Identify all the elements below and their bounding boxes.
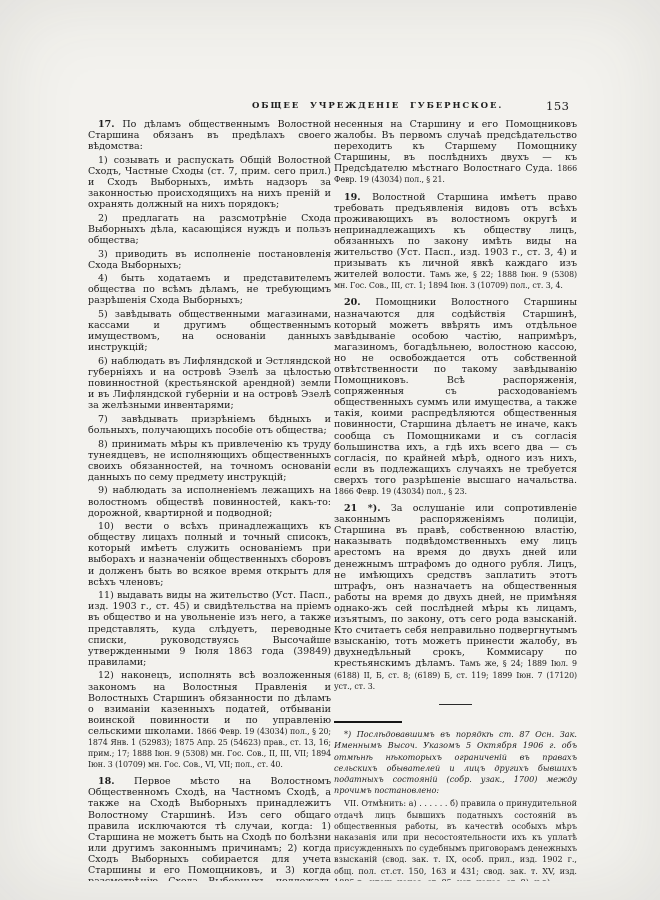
article-19: 19. Волостной Старшина имѣетъ право треб… — [334, 192, 577, 292]
article-17-intro: По дѣламъ общественнымъ Волостной Старши… — [88, 119, 331, 152]
article-19-text: Волостной Старшина имѣетъ право требоват… — [334, 192, 577, 281]
article-21-text: За ослушаніе или сопротивленіе законнымъ… — [334, 503, 577, 669]
article-20-text: Помощники Волостного Старшины назначаютс… — [334, 297, 577, 486]
footnote-paragraph-2: VII. Отмѣнить: а) . . . . . . б) правила… — [334, 798, 577, 881]
article-21: 21 *). За ослушаніе или сопротивленіе за… — [334, 503, 577, 692]
article-number: 18. — [98, 776, 115, 787]
article-number: 17. — [98, 119, 115, 130]
article-17-item-7: 7) завѣдывать призрѣніемъ бѣдныхъ и боль… — [88, 414, 331, 436]
article-number: 19. — [344, 192, 361, 203]
article-17-item-1: 1) созывать и распускать Общій Волостной… — [88, 155, 331, 210]
article-17-item-10: 10) вести о всѣхъ принадлежащихъ къ обще… — [88, 521, 331, 588]
running-header: ОБЩЕЕ УЧРЕЖДЕНІЕ ГУБЕРНСКОЕ. 153 — [0, 99, 660, 115]
section-end-rule — [439, 704, 472, 706]
article-17-item-12: 12) наконецъ, исполнять всѣ возложенныя … — [88, 670, 331, 770]
page-number: 153 — [546, 99, 569, 113]
article-number: 20. — [344, 297, 361, 308]
article-17-item-11: 11) выдавать виды на жительство (Уст. Па… — [88, 590, 331, 668]
article-17-item-5: 5) завѣдывать общественными магазинами, … — [88, 309, 331, 353]
article-17-item-4: 4) быть ходатаемъ и представителемъ обще… — [88, 273, 331, 306]
article-18-continuation: несенныя на Старшину и его Помощниковъ ж… — [334, 119, 577, 186]
article-17-item-9: 9) наблюдать за исполненіемъ лежащихъ на… — [88, 485, 331, 518]
article-number: 21 *). — [344, 503, 381, 514]
page-title: ОБЩЕЕ УЧРЕЖДЕНІЕ ГУБЕРНСКОЕ. — [252, 101, 503, 111]
article-17-item-3: 3) приводить въ исполненіе постановленія… — [88, 249, 331, 271]
article-20-reference: 1866 Февр. 19 (43034) пол., § 23. — [334, 487, 467, 496]
footnote-separator-rule — [334, 721, 402, 723]
article-18-text: Первое мѣсто на Волостномъ Общественномъ… — [88, 776, 331, 881]
article-17-heading: 17. По дѣламъ общественнымъ Волостной Ст… — [88, 119, 331, 152]
article-18-continuation-text: несенныя на Старшину и его Помощниковъ ж… — [334, 119, 577, 174]
article-17-item-6: 6) наблюдать въ Лифляндской и Эстляндско… — [88, 356, 331, 411]
left-column: 17. По дѣламъ общественнымъ Волостной Ст… — [88, 119, 331, 881]
footnote-paragraph-1: *) Послѣдовавшимъ въ порядкѣ ст. 87 Осн.… — [334, 729, 577, 796]
article-17-item-8: 8) принимать мѣры къ привлеченію къ труд… — [88, 439, 331, 483]
article-20: 20. Помощники Волостного Старшины назнач… — [334, 297, 577, 497]
article-17-item-2: 2) предлагать на разсмотрѣніе Схода Выбо… — [88, 213, 331, 246]
article-18: 18. Первое мѣсто на Волостномъ Обществен… — [88, 776, 331, 881]
scanned-page: ОБЩЕЕ УЧРЕЖДЕНІЕ ГУБЕРНСКОЕ. 153 17. По … — [0, 0, 660, 900]
right-column: несенныя на Старшину и его Помощниковъ ж… — [334, 119, 577, 881]
